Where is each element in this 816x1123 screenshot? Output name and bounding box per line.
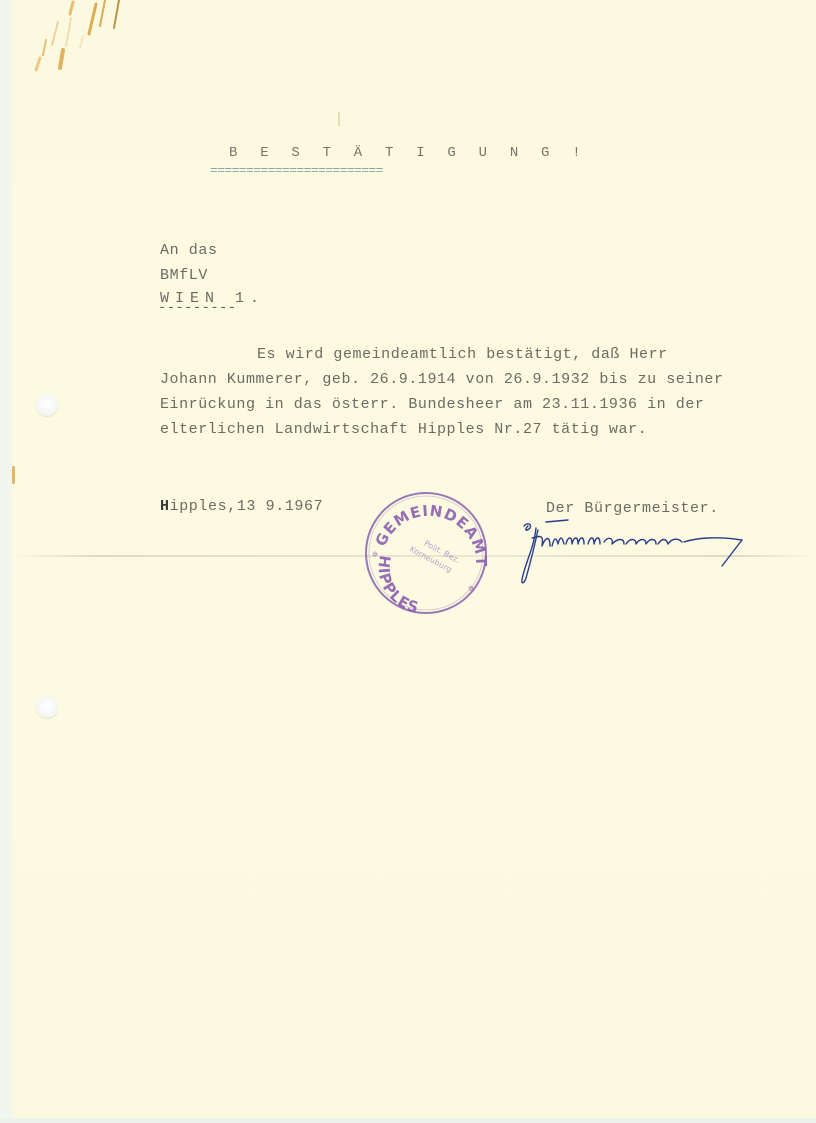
svg-text:HIPPLES: HIPPLES	[374, 554, 421, 617]
body-line-4: elterlichen Landwirtschaft Hipples Nr.27…	[160, 422, 647, 437]
svg-text:✲: ✲	[468, 584, 474, 595]
punch-hole-bottom	[36, 696, 58, 718]
punch-hole-top	[36, 394, 58, 416]
recipient-line-2: BMfLV	[160, 268, 208, 283]
title-underline: ========================	[210, 164, 383, 177]
paper-mark	[338, 112, 340, 126]
recipient-line-1: An das	[160, 243, 218, 258]
place-date-rest: ipples,13 9.1967	[170, 498, 324, 515]
place-first-letter: H	[160, 498, 170, 515]
official-stamp-icon: GEMEINDEAMT HIPPLES Polit. Bez. Korneubu…	[360, 487, 492, 619]
place-and-date: Hipples,13 9.1967	[160, 499, 323, 514]
scan-left-margin	[0, 0, 12, 1123]
mayor-signature-icon	[516, 518, 752, 590]
body-line-2: Johann Kummerer, geb. 26.9.1914 von 26.9…	[160, 372, 724, 387]
rust-spot	[12, 466, 15, 484]
document-title: B E S T Ä T I G U N G !	[229, 146, 588, 160]
scan-bottom-margin	[0, 1118, 816, 1123]
recipient-underline: ---------	[158, 301, 236, 315]
body-line-1: Es wird gemeindeamtlich bestätigt, daß H…	[257, 347, 668, 362]
rust-stain-icon	[30, 0, 125, 75]
signer-title: Der Bürgermeister.	[546, 501, 719, 516]
svg-text:✲: ✲	[372, 550, 378, 561]
body-line-3: Einrückung in das österr. Bundesheer am …	[160, 397, 704, 412]
